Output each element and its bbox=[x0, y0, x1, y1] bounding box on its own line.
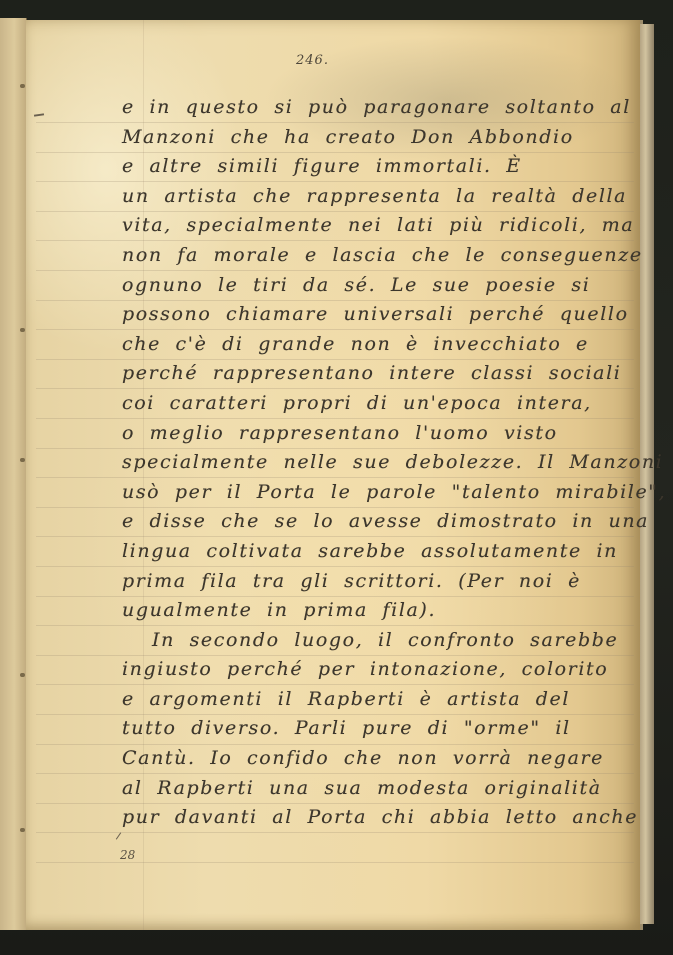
text-line: che c'è di grande non è invecchiato e bbox=[122, 330, 618, 360]
text-line: o meglio rappresentano l'uomo visto bbox=[122, 419, 618, 449]
text-line: ognuno le tiri da sé. Le sue poesie si bbox=[122, 271, 618, 301]
text-line: un artista che rappresenta la realtà del… bbox=[122, 182, 618, 212]
text-line: e disse che se lo avesse dimostrato in u… bbox=[122, 507, 618, 537]
text-line: pur davanti al Porta chi abbia letto anc… bbox=[122, 803, 618, 833]
text-line: tutto diverso. Parli pure di "orme" il bbox=[122, 714, 618, 744]
text-line: possono chiamare universali perché quell… bbox=[122, 300, 618, 330]
binding-stitch bbox=[20, 673, 25, 677]
text-line: lingua coltivata sarebbe assolutamente i… bbox=[122, 537, 618, 567]
text-line: vita, specialmente nei lati più ridicoli… bbox=[122, 211, 618, 241]
binding-stitch bbox=[20, 84, 25, 88]
text-line: e argomenti il Rapberti è artista del bbox=[122, 685, 618, 715]
binding-stitch bbox=[20, 328, 25, 332]
folio-note: 28 bbox=[120, 848, 135, 862]
scan-background: 246. e in questo si può paragonare solta… bbox=[0, 0, 673, 955]
page-number: 246. bbox=[296, 53, 329, 68]
text-line: coi caratteri propri di un'epoca intera, bbox=[122, 389, 618, 419]
text-line: non fa morale e lascia che le conseguenz… bbox=[122, 241, 618, 271]
text-line: Cantù. Io confido che non vorrà negare bbox=[122, 744, 618, 774]
handwritten-text: e in questo si può paragonare soltanto a… bbox=[122, 93, 618, 833]
text-line: usò per il Porta le parole "talento mira… bbox=[122, 478, 618, 508]
margin-mark bbox=[34, 113, 44, 116]
previous-page-edge bbox=[0, 18, 27, 930]
text-line: al Rapberti una sua modesta originalità bbox=[122, 774, 618, 804]
page-stack-edge bbox=[640, 24, 654, 924]
text-line: e altre simili figure immortali. È bbox=[122, 152, 618, 182]
text-line: prima fila tra gli scrittori. (Per noi è bbox=[122, 567, 618, 597]
binding-stitch bbox=[20, 458, 25, 462]
binding-stitch bbox=[20, 828, 25, 832]
text-line: specialmente nelle sue debolezze. Il Man… bbox=[122, 448, 618, 478]
text-line: Manzoni che ha creato Don Abbondio bbox=[122, 123, 618, 153]
ruled-line bbox=[36, 862, 634, 863]
text-line: perché rappresentano intere classi socia… bbox=[122, 359, 618, 389]
text-line-paragraph-start: In secondo luogo, il confronto sarebbe bbox=[122, 626, 618, 656]
text-line: ingiusto perché per intonazione, colorit… bbox=[122, 655, 618, 685]
text-line: ugualmente in prima fila). bbox=[122, 596, 618, 626]
text-line: e in questo si può paragonare soltanto a… bbox=[122, 93, 618, 123]
